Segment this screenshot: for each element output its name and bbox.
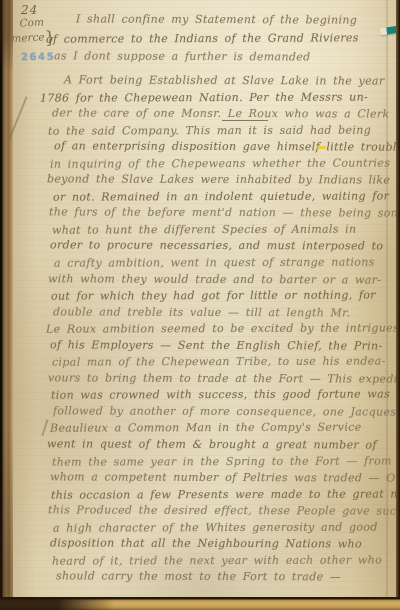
- manuscript-line: of his Employers — Sent the English Chie…: [50, 337, 400, 355]
- manuscript-line: Le Roux ambition seemed to be excited by…: [46, 321, 400, 339]
- manuscript-line: as I dont suppose a further is demanded: [54, 48, 359, 68]
- page-right-edge: [396, 0, 400, 610]
- manuscript-line: tion was crowned with success, this good…: [51, 387, 400, 405]
- manuscript-line: a crafty ambition, went in quest of stra…: [54, 254, 400, 272]
- manuscript-line: double and treble its value — till at le…: [53, 304, 400, 322]
- manuscript-line: of commerce to the Indians of the Grand …: [46, 29, 359, 49]
- yellow-highlight-mark: [317, 146, 326, 149]
- margin-note-line2: merce: [11, 31, 45, 45]
- manuscript-line: a high character of the Whites generosit…: [53, 519, 400, 537]
- manuscript-line: in inquiring of the Chepeweans whether t…: [50, 155, 400, 173]
- manuscript-line: with whom they would trade and to barter…: [48, 271, 400, 289]
- manuscript-line: whom a competent number of Peltries was …: [50, 469, 400, 487]
- manuscript-line: of an enterprising disposition gave hims…: [54, 139, 400, 157]
- book-binding-edge: [0, 0, 14, 610]
- manuscript-line: to the said Company. This man it is said…: [48, 122, 400, 140]
- manuscript-line: A Fort being Established at Slave Lake i…: [64, 72, 400, 90]
- manuscript-line: I shall confine my Statement of the begi…: [76, 10, 359, 30]
- manuscript-line: or not. Remained in an indolent quietude…: [53, 188, 400, 206]
- manuscript-line: order to procure necessaries, and must i…: [50, 238, 400, 256]
- manuscript-line: went in quest of them & brought a great …: [47, 436, 400, 454]
- intro-paragraph: I shall confine my Statement of the begi…: [46, 11, 359, 67]
- gilt-bottom-edge: [0, 597, 400, 610]
- manuscript-line: heard of it, tried the next year with ea…: [52, 552, 400, 570]
- manuscript-line: vours to bring them to trade at the Fort…: [48, 370, 400, 388]
- manuscript-line: this occasion a few Presents were made t…: [51, 486, 400, 504]
- manuscript-line: Beaulieux a Common Man in the Compy's Se…: [50, 420, 400, 438]
- manuscript-line: disposition that all the Neighbouring Na…: [50, 536, 400, 554]
- manuscript-line: this Produced the desired effect, these …: [48, 503, 400, 521]
- manuscript-line: should carry the most to the Fort to tra…: [56, 569, 400, 587]
- manuscript-line: out for which they had got for little or…: [51, 287, 400, 305]
- manuscript-line: 1786 for the Chepewean Nation. Per the M…: [40, 89, 400, 107]
- manuscript-line: them the same year in the Spring to the …: [52, 453, 400, 471]
- manuscript-line: the furs of the before ment'd nation — t…: [49, 205, 400, 223]
- manuscript-photo: 24 Com merce} 2645 I shall confine my St…: [0, 0, 400, 610]
- body-paragraph: A Fort being Established at Slave Lake i…: [50, 73, 400, 586]
- manuscript-line: followed by another of more consequence,…: [53, 403, 400, 421]
- leroux-underline-mark: [222, 120, 268, 121]
- manuscript-line: beyond the Slave Lakes were inhabited by…: [47, 172, 400, 190]
- manuscript-line: what to hunt the different Species of An…: [52, 221, 400, 239]
- manuscript-line: cipal man of the Chepewean Tribe, to use…: [52, 354, 400, 372]
